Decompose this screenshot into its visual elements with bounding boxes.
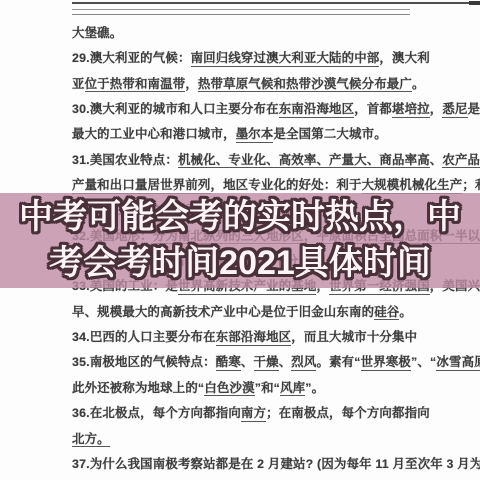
doc-text-segment: 亚: [72, 77, 85, 91]
doc-line: 大堡礁。: [72, 21, 480, 46]
doc-keypoint-underlined: 酷寒: [216, 355, 241, 371]
doc-keypoint-underlined: 风库: [280, 381, 305, 397]
doc-text-segment: 37.为什么我国南极考察站都是在 2 月建站? (因为每年 11 月至次年 3 …: [72, 457, 480, 471]
doc-line: 此外还被称为地球上的“白色沙漠”和“风库”。: [72, 376, 480, 401]
doc-text-segment: ，: [430, 102, 443, 116]
doc-text-segment: ，而且大城市十分集中: [291, 330, 417, 344]
doc-line: 最大的工业中心和港口城市，墨尔本是全国第二大城市。: [72, 122, 480, 147]
doc-keypoint-underlined: 产量和出口量居世界前列: [72, 178, 211, 194]
doc-text-segment: 最大的工业中心和港口城市，: [72, 127, 236, 141]
doc-text-segment: ”、“: [411, 355, 436, 369]
doc-keypoint-underlined: 冰雪高原: [436, 355, 480, 371]
doc-keypoint-underlined: 东部沿海地区: [216, 330, 292, 346]
doc-text-segment: ，首都: [354, 102, 392, 116]
doc-keypoint-underlined: 干燥: [254, 355, 279, 371]
doc-text-segment: ”。: [305, 381, 324, 395]
doc-keypoint-underlined: 烈风: [291, 355, 316, 371]
doc-text-segment: ，澳大利: [379, 51, 429, 65]
doc-text-segment: 29.澳大利亚的气候：: [72, 51, 191, 65]
doc-keypoint-underlined: 位于热带和南温带: [85, 77, 186, 93]
doc-text-segment: 30.澳大利亚的城市和人口主要分布在: [72, 102, 279, 116]
doc-text-segment: 、: [279, 355, 292, 369]
page-top-rule: [72, 2, 478, 4]
page-top-double-rule: [72, 9, 410, 15]
doc-keypoint-underlined: 堪培拉: [392, 102, 430, 118]
doc-text-segment: 、: [430, 153, 443, 167]
doc-keypoint-underlined: 悉尼: [442, 102, 467, 118]
doc-line: 亚位于热带和南温带，热带草原气候和热带沙漠气候分布最广。: [72, 72, 480, 97]
doc-line: 29.澳大利亚的气候：南回归线穿过澳大利亚大陆的中部，澳大利: [72, 46, 480, 71]
doc-line: 30.澳大利亚的城市和人口主要分布在东南沿海地区，首都堪培拉，悉尼是全国: [72, 97, 480, 122]
doc-keypoint-underlined: 北方。: [72, 432, 110, 448]
watermark-title: 中考可能会考的实时热点，中 考会考时间2021具体时间: [0, 194, 480, 286]
doc-text-segment: ；利于: [462, 178, 480, 192]
doc-line: 北方。: [72, 427, 480, 452]
doc-keypoint-underlined: 机械化、专业化、高效率、产量大、商品率高: [178, 153, 430, 169]
doc-text-segment: ，: [185, 77, 198, 91]
page-top-rule-endcap: [469, 1, 480, 5]
doc-text-segment: 早、规模最大的高新技术产业中心是位于旧金山东南的: [72, 305, 374, 319]
doc-text-segment: ；在南极点，每个方向都指向: [266, 406, 430, 420]
doc-text-segment: 。: [412, 77, 425, 91]
doc-text-segment: ，地区专业化的好处：利于: [211, 178, 362, 192]
doc-line: 34.巴西的人口主要分布在东部沿海地区，而且大城市十分集中: [72, 325, 480, 350]
doc-line: 31.美国农业特点：机械化、专业化、高效率、产量大、商品率高、农产品的生: [72, 148, 480, 173]
doc-keypoint-underlined: 东南沿海地区: [279, 102, 355, 118]
doc-text-segment: 、: [241, 355, 254, 369]
doc-keypoint-underlined: 墨尔本: [236, 127, 274, 143]
doc-keypoint-underlined: 热带草原气候和热带沙漠气候分布最广: [198, 77, 412, 93]
doc-keypoint-underlined: 南回归线穿过澳大利亚大陆的中部: [191, 51, 380, 67]
doc-text-segment: ”和“: [255, 381, 280, 395]
doc-text-segment: 。素有“: [316, 355, 360, 369]
doc-text-segment: 36.在北极点，每个方向都指向: [72, 406, 241, 420]
doc-keypoint-underlined: 南方: [241, 406, 266, 422]
doc-keypoint-underlined: 大规模机械化生产: [362, 178, 463, 194]
watermark-title-line1: 中考可能会考的实时热点，中: [0, 194, 480, 240]
watermark-title-line2: 考会考时间2021具体时间: [0, 240, 480, 286]
doc-text-segment: 大堡礁。: [72, 26, 122, 40]
doc-keypoint-underlined: 白色沙漠: [204, 381, 254, 397]
doc-text-segment: 此外还被称为地球上的“: [72, 381, 204, 395]
doc-line: 35.南极地区的气候特点：酷寒、干燥、烈风。素有“世界寒极”、“冰雪高原”之称。: [72, 350, 480, 375]
doc-line: 37.为什么我国南极考察站都是在 2 月建站? (因为每年 11 月至次年 3 …: [72, 452, 480, 477]
doc-keypoint-underlined: 农产品的生: [442, 153, 480, 169]
doc-keypoint-underlined: 硅谷: [374, 305, 399, 321]
doc-line: 36.在北极点，每个方向都指向南方；在南极点，每个方向都指向: [72, 401, 480, 426]
doc-keypoint-underlined: 世界寒极: [361, 355, 411, 371]
doc-text-segment: 31.美国农业特点：: [72, 153, 178, 167]
doc-text-segment: 。: [399, 305, 412, 319]
document-page: 大堡礁。29.澳大利亚的气候：南回归线穿过澳大利亚大陆的中部，澳大利亚位于热带和…: [0, 0, 480, 480]
doc-text-segment: 是全国第二大城市。: [273, 127, 386, 141]
doc-text-segment: 34.巴西的人口主要分布在: [72, 330, 216, 344]
doc-text-segment: 35.南极地区的气候特点：: [72, 355, 216, 369]
doc-text-segment: 是全国: [468, 102, 480, 116]
doc-line: 早、规模最大的高新技术产业中心是位于旧金山东南的硅谷。: [72, 300, 480, 325]
